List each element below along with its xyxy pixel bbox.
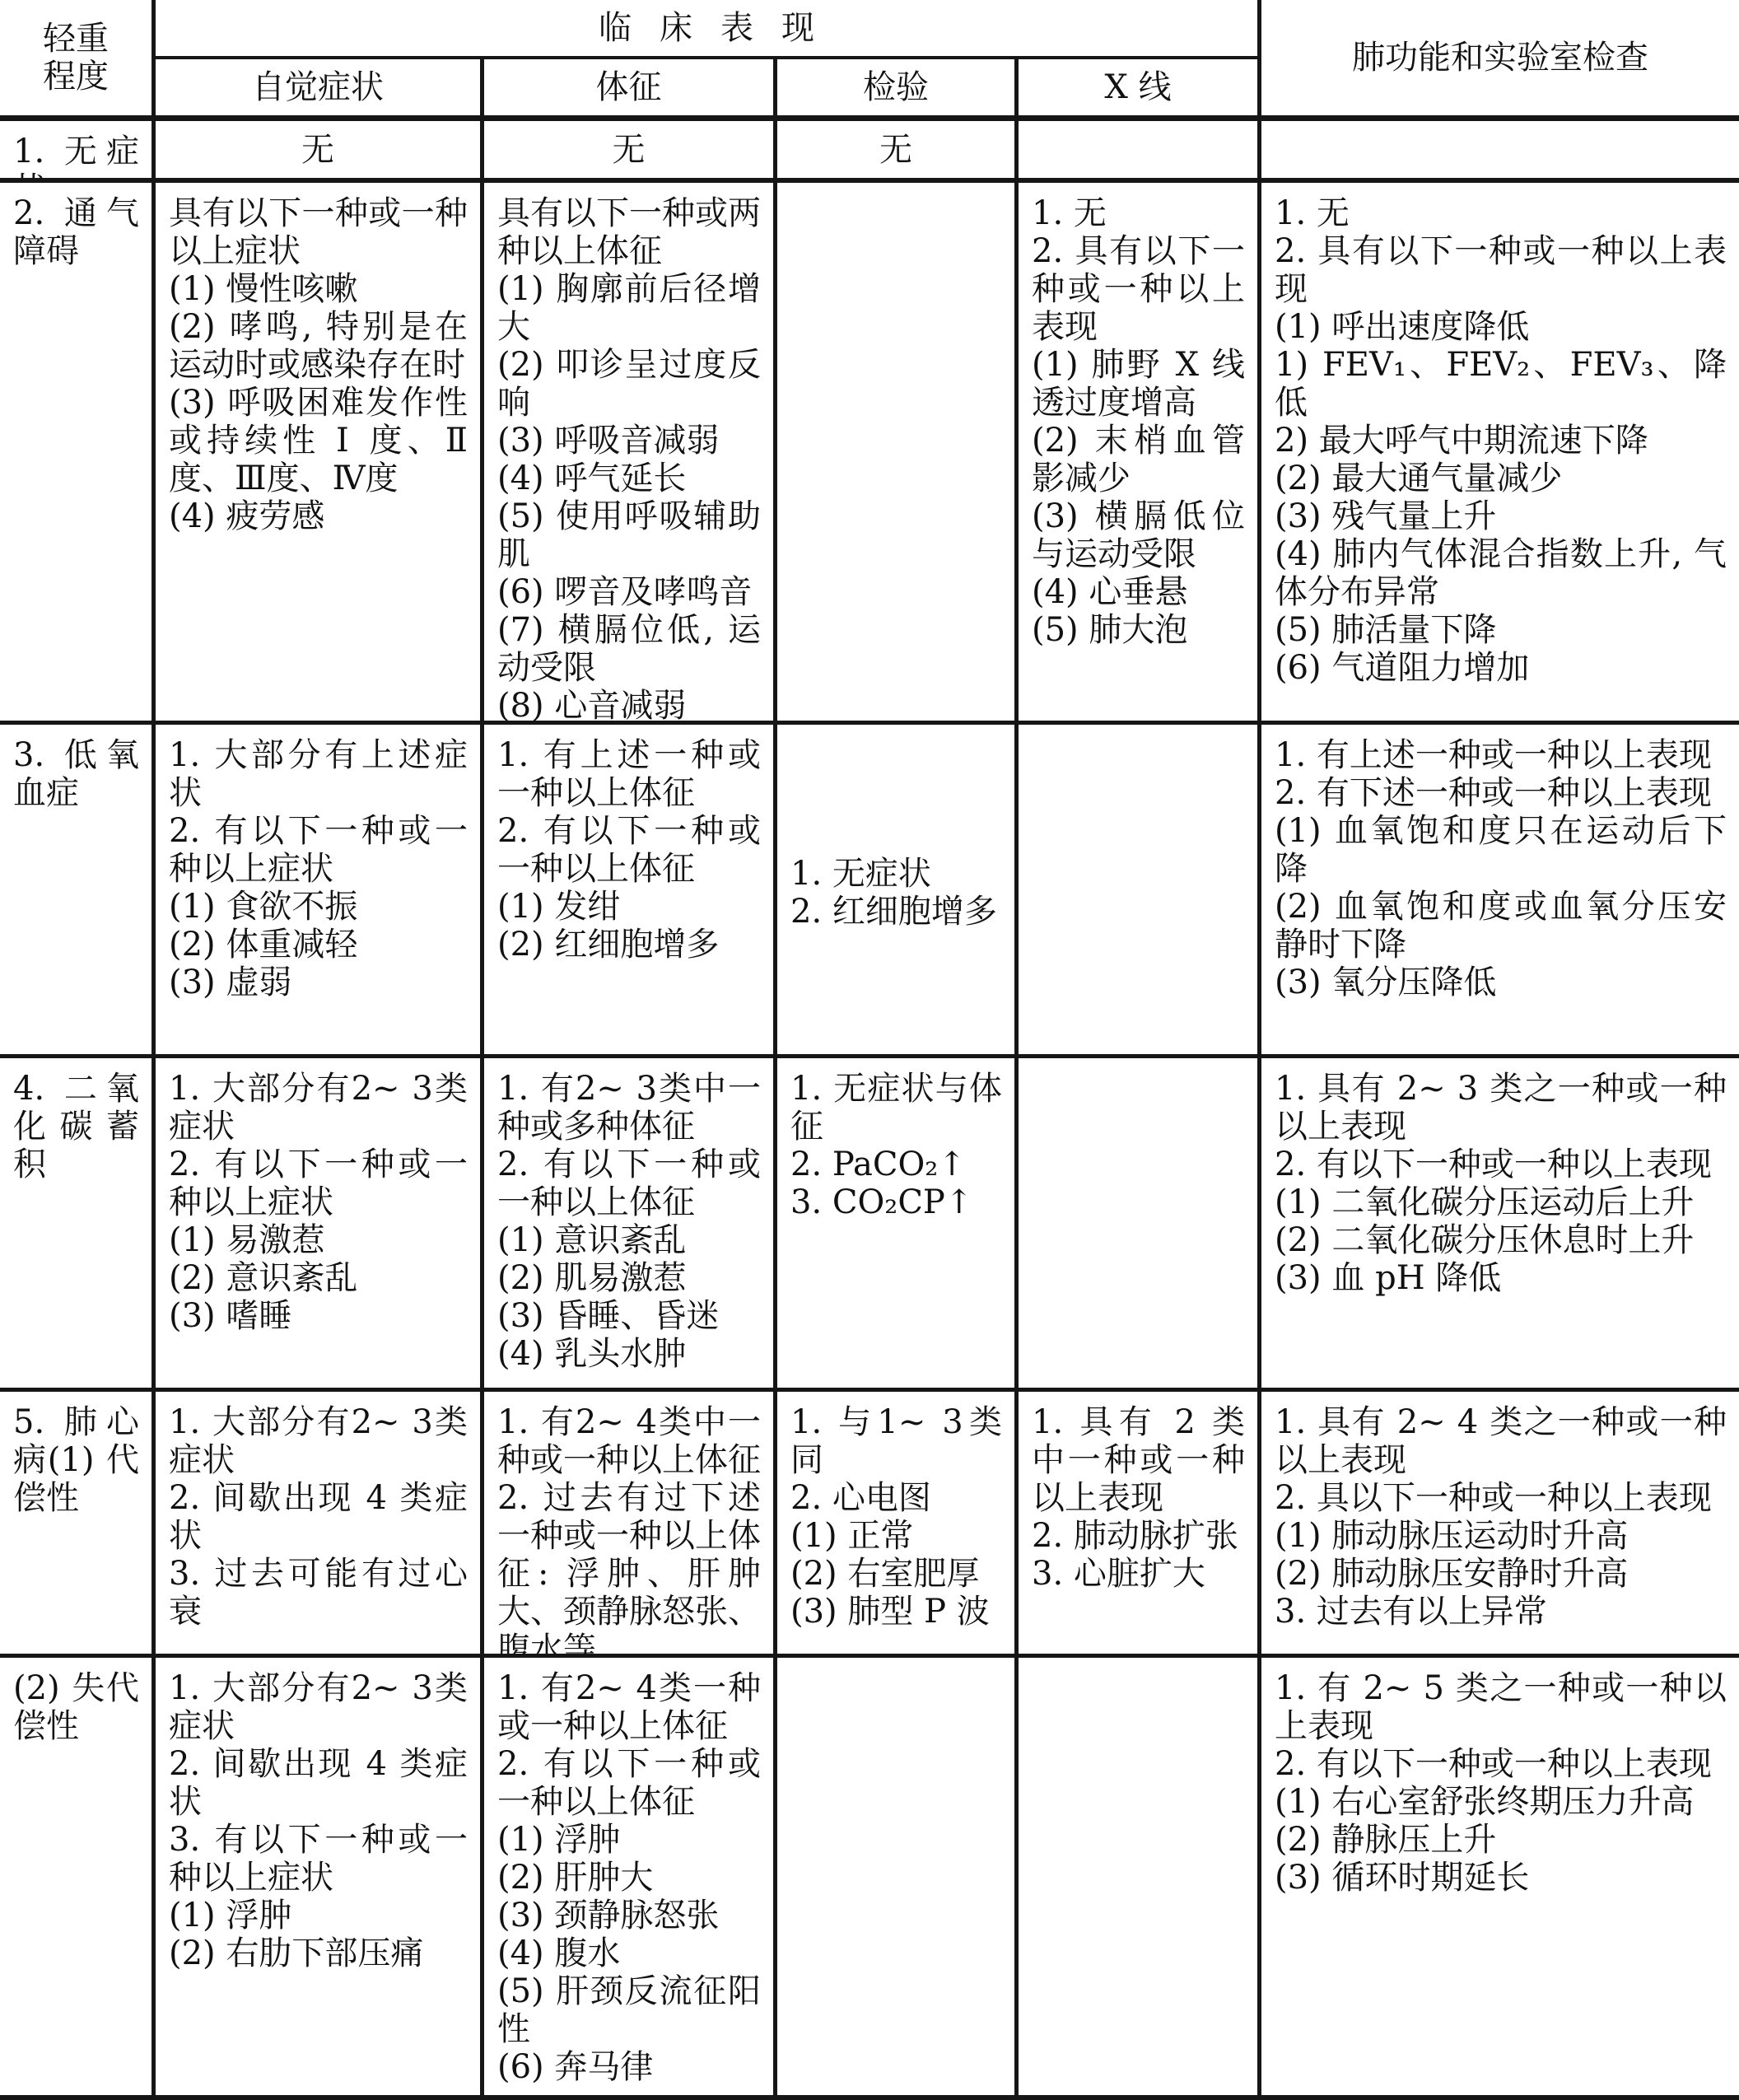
row-hypoxemia-xray: [1019, 725, 1261, 1058]
row-asymptomatic-signs: 无: [484, 121, 777, 183]
row-corpulmonale-compensated-severity: 5. 肺心病(1) 代偿性: [0, 1392, 156, 1658]
header-signs: 体征: [484, 59, 777, 121]
row-asymptomatic-pulmonary: [1261, 121, 1739, 183]
row-corpulmonale-compensated-subjective: 1. 大部分有2~ 3类症状 2. 间歇出现 4 类症状 3. 过去可能有过心衰: [156, 1392, 484, 1658]
row-ventilation-pulmonary: 1. 无 2. 具有以下一种或一种以上表现 (1) 呼出速度降低 1) FEV₁…: [1261, 183, 1739, 725]
row-ventilation-signs: 具有以下一种或两种以上体征 (1) 胸廓前后径增大 (2) 叩诊呈过度反响 (3…: [484, 183, 777, 725]
row-asymptomatic-tests: 无: [777, 121, 1019, 183]
row-ventilation-severity: 2. 通气障碍: [0, 183, 156, 725]
header-tests: 检验: [777, 59, 1019, 121]
row-hypoxemia-signs: 1. 有上述一种或一种以上体征 2. 有以下一种或一种以上体征 (1) 发绀 (…: [484, 725, 777, 1058]
row-ventilation-xray: 1. 无 2. 具有以下一种或一种以上表现 (1) 肺野 X 线透过度增高 (2…: [1019, 183, 1261, 725]
row-co2-signs: 1. 有2~ 3类中一种或多种体征 2. 有以下一种或一种以上体征 (1) 意识…: [484, 1058, 777, 1392]
pulmonary-grading-table: 轻重 程度 临床表现 肺功能和实验室检查 自觉症状 体征 检验 X 线 1. 无…: [0, 0, 1739, 2100]
row-hypoxemia-pulmonary: 1. 有上述一种或一种以上表现 2. 有下述一种或一种以上表现 (1) 血氧饱和…: [1261, 725, 1739, 1058]
row-co2-pulmonary: 1. 具有 2~ 3 类之一种或一种以上表现 2. 有以下一种或一种以上表现 (…: [1261, 1058, 1739, 1392]
header-clinical-manifestations: 临床表现: [156, 0, 1261, 59]
header-subjective-symptoms: 自觉症状: [156, 59, 484, 121]
header-xray: X 线: [1019, 59, 1261, 121]
row-decompensated-xray: [1019, 1658, 1261, 2100]
row-asymptomatic-severity: 1. 无症状: [0, 121, 156, 183]
row-co2-severity: 4. 二氧化碳蓄积: [0, 1058, 156, 1392]
row-decompensated-pulmonary: 1. 有 2~ 5 类之一种或一种以上表现 2. 有以下一种或一种以上表现 (1…: [1261, 1658, 1739, 2100]
row-ventilation-tests: [777, 183, 1019, 725]
row-co2-tests: 1. 无症状与体征 2. PaCO₂↑ 3. CO₂CP↑: [777, 1058, 1019, 1392]
row-decompensated-subjective: 1. 大部分有2~ 3类症状 2. 间歇出现 4 类症状 3. 有以下一种或一种…: [156, 1658, 484, 2100]
row-co2-xray: [1019, 1058, 1261, 1392]
row-corpulmonale-compensated-xray: 1. 具有 2 类中一种或一种以上表现 2. 肺动脉扩张 3. 心脏扩大: [1019, 1392, 1261, 1658]
header-severity: 轻重 程度: [0, 0, 156, 121]
row-corpulmonale-compensated-tests: 1. 与1~ 3类同 2. 心电图 (1) 正常 (2) 右室肥厚 (3) 肺型…: [777, 1392, 1019, 1658]
row-asymptomatic-xray: [1019, 121, 1261, 183]
header-pulmonary-lab: 肺功能和实验室检查: [1261, 0, 1739, 121]
row-hypoxemia-severity: 3. 低氧血症: [0, 725, 156, 1058]
row-ventilation-subjective: 具有以下一种或一种以上症状 (1) 慢性咳嗽 (2) 哮鸣, 特别是在运动时或感…: [156, 183, 484, 725]
row-hypoxemia-subjective: 1. 大部分有上述症状 2. 有以下一种或一种以上症状 (1) 食欲不振 (2)…: [156, 725, 484, 1058]
scanned-table-page: 轻重 程度 临床表现 肺功能和实验室检查 自觉症状 体征 检验 X 线 1. 无…: [0, 0, 1739, 2100]
row-corpulmonale-compensated-signs: 1. 有2~ 4类中一种或一种以上体征 2. 过去有过下述一种或一种以上体征: …: [484, 1392, 777, 1658]
row-decompensated-signs: 1. 有2~ 4类一种或一种以上体征 2. 有以下一种或一种以上体征 (1) 浮…: [484, 1658, 777, 2100]
row-decompensated-severity: (2) 失代偿性: [0, 1658, 156, 2100]
row-co2-subjective: 1. 大部分有2~ 3类症状 2. 有以下一种或一种以上症状 (1) 易激惹 (…: [156, 1058, 484, 1392]
row-asymptomatic-subjective: 无: [156, 121, 484, 183]
row-hypoxemia-tests: 1. 无症状 2. 红细胞增多: [777, 725, 1019, 1058]
row-decompensated-tests: [777, 1658, 1019, 2100]
row-corpulmonale-compensated-pulmonary: 1. 具有 2~ 4 类之一种或一种以上表现 2. 具以下一种或一种以上表现 (…: [1261, 1392, 1739, 1658]
